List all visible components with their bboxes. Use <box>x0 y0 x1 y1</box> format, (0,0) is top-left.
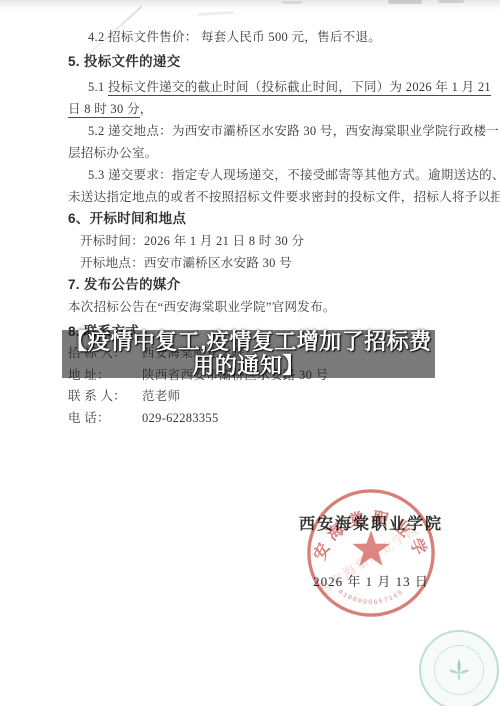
doc-line-5-1-underlined: 投标文件递交的截止时间（投标截止时间，下同）为 2026 年 1 月 21 <box>108 80 491 96</box>
contact-phone-value: 029-62283355 <box>142 411 219 425</box>
section-5-heading: 5. 投标文件的递交 <box>68 51 440 73</box>
notice-overlay-line2: 用的通知】 <box>192 354 305 378</box>
doc-line-5-2: 5.2 递交地点：为西安市灞桥区水安路 30 号，西安海棠职业学院行政楼一 <box>68 120 440 142</box>
seal-serial-number: 6100000657165 <box>337 588 405 606</box>
scan-edge-shade <box>0 0 500 10</box>
contact-person-label: 联 系 人： <box>68 386 142 408</box>
watermark-logo <box>419 630 499 706</box>
doc-line-5-1-cont-underlined: 日 8 时 30 分 <box>68 102 140 118</box>
document-page: 4.2 招标文件售价： 每套人民币 500 元，售后不退。 5. 投标文件的递交… <box>0 0 500 706</box>
notice-overlay-banner: 【疫情中复工,疫情复工增加了招标费 用的通知】 <box>62 330 435 378</box>
scan-artifact <box>438 0 464 3</box>
section-7-heading: 7. 发布公告的媒介 <box>68 274 440 296</box>
scan-artifact <box>388 0 422 4</box>
official-seal-icon: 西安海棠职业学院 西安海棠职业学院 6100000657165 <box>302 484 440 622</box>
doc-line-5-3-cont: 未送达指定地点的或者不按照招标文件要求密封的投标文件，招标人将予以拒收。 <box>68 186 440 208</box>
svg-text:6100000657165: 6100000657165 <box>337 588 405 606</box>
plant-icon <box>447 656 471 682</box>
contact-phone: 电 话：029-62283355 <box>68 408 440 430</box>
contact-person: 联 系 人：范老师 <box>68 386 440 408</box>
doc-line-5-1-cont: 日 8 时 30 分， <box>68 98 440 120</box>
doc-line-4-2: 4.2 招标文件售价： 每套人民币 500 元，售后不退。 <box>68 26 440 48</box>
contact-phone-label: 电 话： <box>68 408 142 430</box>
contact-person-value: 范老师 <box>142 389 180 403</box>
section-6-heading: 6、开标时间和地点 <box>68 208 440 230</box>
doc-line-5-1-number: 5.1 <box>88 80 108 94</box>
doc-line-announce-media: 本次招标公告在“西安海棠职业学院”官网发布。 <box>68 296 440 318</box>
doc-line-5-2-cont: 层招标办公室。 <box>68 142 440 164</box>
scan-artifact <box>198 11 234 16</box>
doc-line-open-time: 开标时间：2026 年 1 月 21 日 8 时 30 分 <box>68 230 440 252</box>
scan-artifact <box>282 1 302 4</box>
doc-line-5-3: 5.3 递交要求：指定专人现场递交，不接受邮寄等其他方式。逾期送达的、 <box>68 164 440 186</box>
doc-line-open-place: 开标地点：西安市灞桥区水安路 30 号 <box>68 252 440 274</box>
doc-line-5-1-cont-tail: ， <box>140 102 153 116</box>
stamp-area: 西安海棠职业学院 2026 年 1 月 13 日 西安海棠职业学院 西安海棠职业… <box>296 484 446 629</box>
notice-overlay-line1: 【疫情中复工,疫情复工增加了招标费 <box>65 330 432 354</box>
doc-line-5-1: 5.1 投标文件递交的截止时间（投标截止时间，下同）为 2026 年 1 月 2… <box>68 76 440 98</box>
